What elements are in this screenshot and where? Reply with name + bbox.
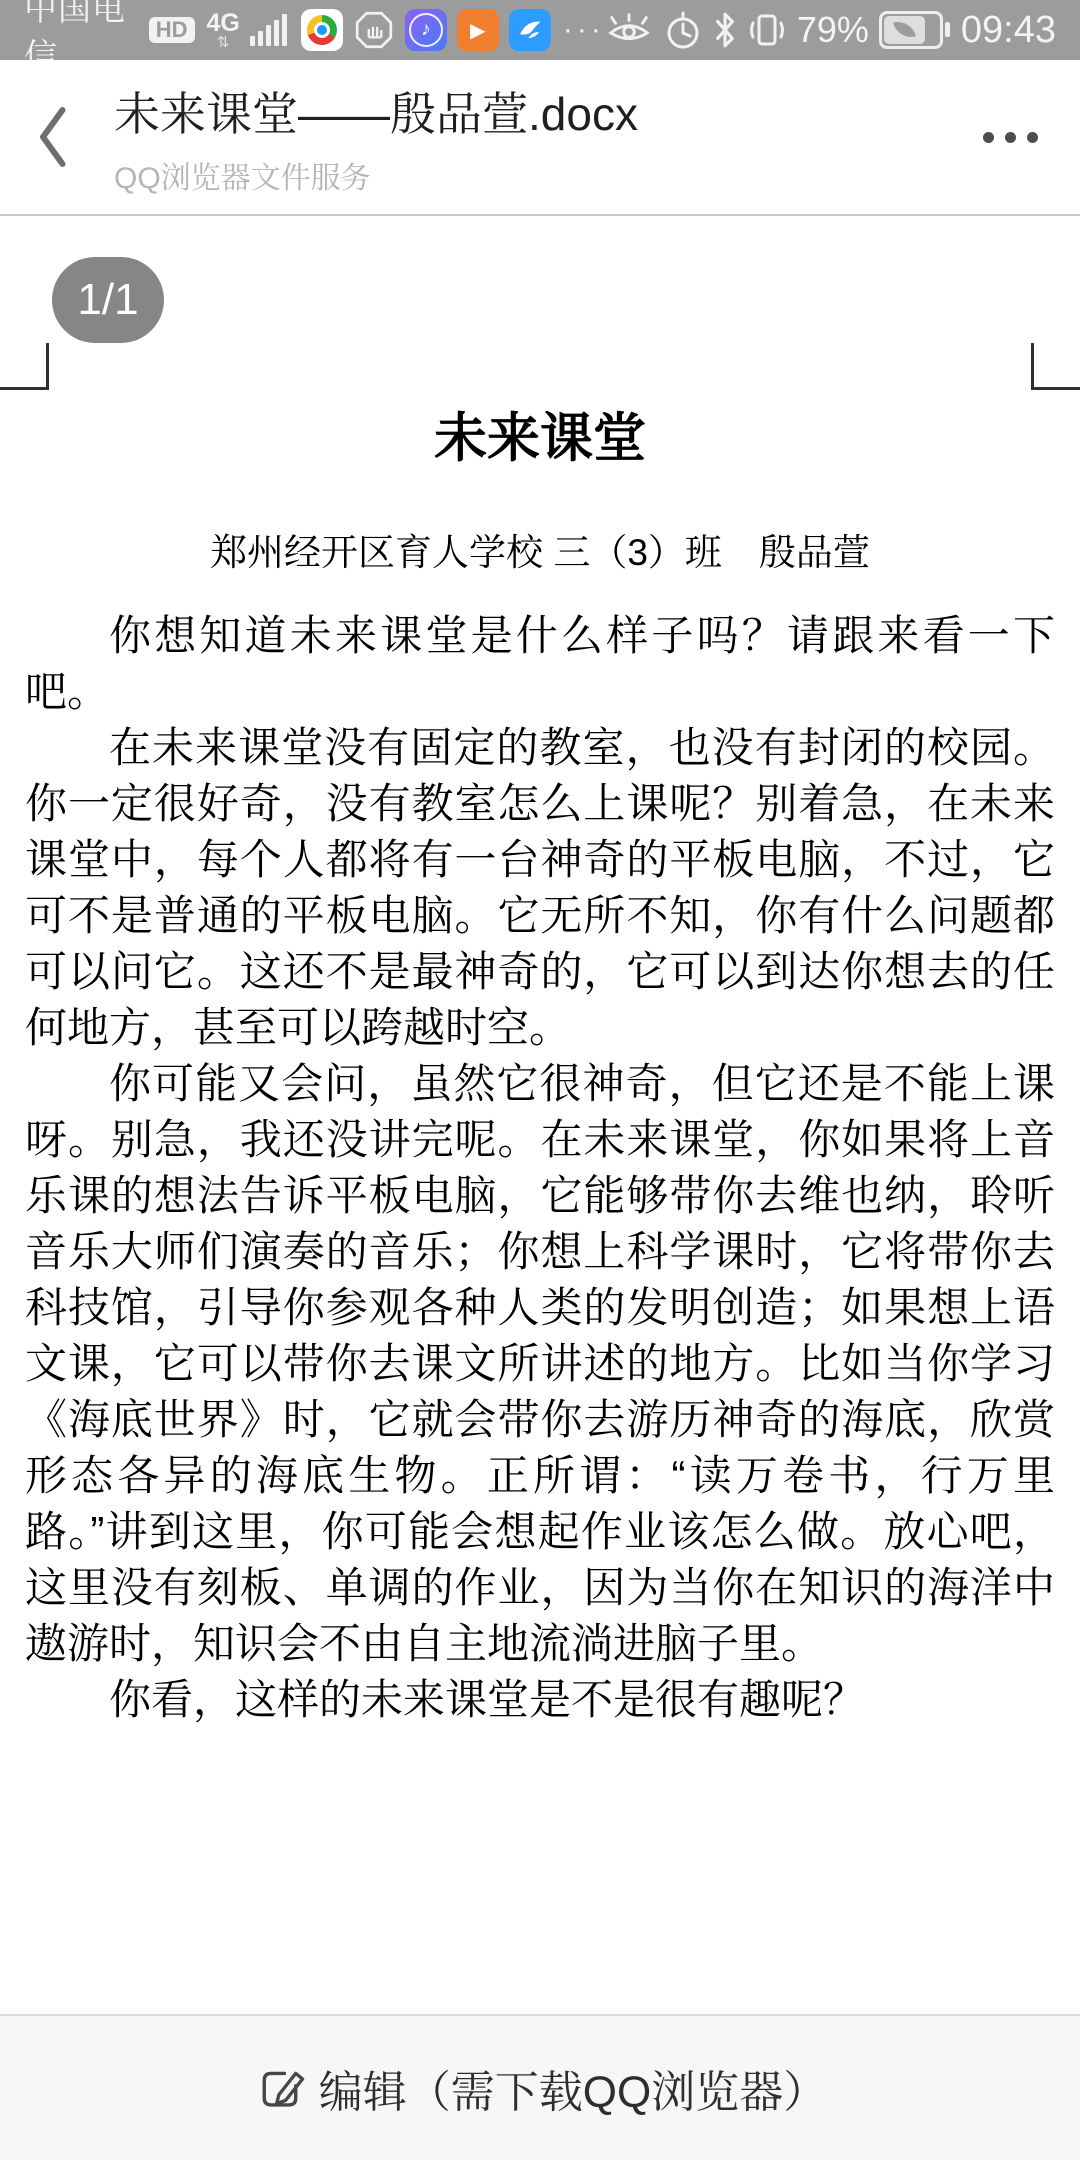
page-corner-mark-right: [1031, 343, 1080, 390]
bottom-toolbar: 编辑（需下载QQ浏览器）: [0, 2014, 1080, 2160]
essay-body: 你想知道未来课堂是什么样子吗？请跟来看一下吧。 在未来课堂没有固定的教室，也没有…: [25, 608, 1055, 1728]
file-title: 未来课堂——殷品萱.docx: [114, 78, 983, 144]
vibrate-icon: [747, 10, 787, 50]
video-app-notification-icon: ▶: [457, 9, 499, 51]
back-button[interactable]: [34, 92, 90, 182]
essay-paragraph: 你看，这样的未来课堂是不是很有趣呢？: [25, 1672, 1055, 1728]
power-saving-battery-icon: [879, 11, 943, 49]
dingtalk-notification-icon: [509, 9, 551, 51]
music-note-icon: ♪: [409, 13, 443, 47]
bluetooth-icon: [713, 10, 737, 50]
music-app-notification-icon: ♪: [405, 9, 447, 51]
qq-browser-notification-icon: [301, 9, 343, 51]
alarm-icon: [663, 9, 703, 51]
battery-percent-label: 79%: [797, 9, 869, 51]
back-chevron-icon: [34, 101, 70, 173]
hd-volte-icon: HD: [149, 17, 195, 43]
essay-paragraph: 在未来课堂没有固定的教室，也没有封闭的校园。你一定很好奇，没有教室怎么上课呢？别…: [25, 720, 1055, 1056]
header-text: 未来课堂——殷品萱.docx QQ浏览器文件服务: [114, 78, 983, 197]
phone-screen: 中国电信 HD 4G ⇅ ♪ ▶: [0, 0, 1080, 2160]
document-scroll-area[interactable]: 1/1 未来课堂 郑州经开区育人学校 三（3）班 殷品萱 你想知道未来课堂是什么…: [0, 216, 1080, 2014]
clock-label: 09:43: [961, 9, 1056, 52]
essay-byline: 郑州经开区育人学校 三（3）班 殷品萱: [0, 522, 1080, 576]
status-bar-right: 79% 09:43: [605, 9, 1056, 52]
eye-comfort-icon: [605, 12, 653, 48]
signal-strength-icon: [250, 14, 287, 46]
edit-button[interactable]: 编辑（需下载QQ浏览器）: [319, 2056, 827, 2120]
essay-paragraph: 你想知道未来课堂是什么样子吗？请跟来看一下吧。: [25, 608, 1055, 720]
document-header: 未来课堂——殷品萱.docx QQ浏览器文件服务: [0, 60, 1080, 216]
network-type: 4G ⇅: [207, 11, 240, 50]
edit-pencil-icon: [253, 2061, 307, 2115]
more-menu-button[interactable]: [983, 107, 1038, 167]
network-4g-label: 4G: [207, 11, 240, 36]
status-bar: 中国电信 HD 4G ⇅ ♪ ▶: [0, 0, 1080, 60]
mistouch-prevention-icon: [353, 9, 395, 51]
essay-paragraph: 你可能又会问，虽然它很神奇，但它还是不能上课呀。别急，我还没讲完呢。在未来课堂，…: [25, 1056, 1055, 1672]
page-indicator-badge: 1/1: [52, 257, 164, 343]
more-notifications-icon: ···: [563, 13, 605, 47]
page-corner-mark-left: [0, 343, 49, 390]
file-source-label: QQ浏览器文件服务: [114, 153, 983, 197]
data-arrows-icon: ⇅: [217, 35, 230, 50]
essay-title: 未来课堂: [0, 396, 1080, 472]
